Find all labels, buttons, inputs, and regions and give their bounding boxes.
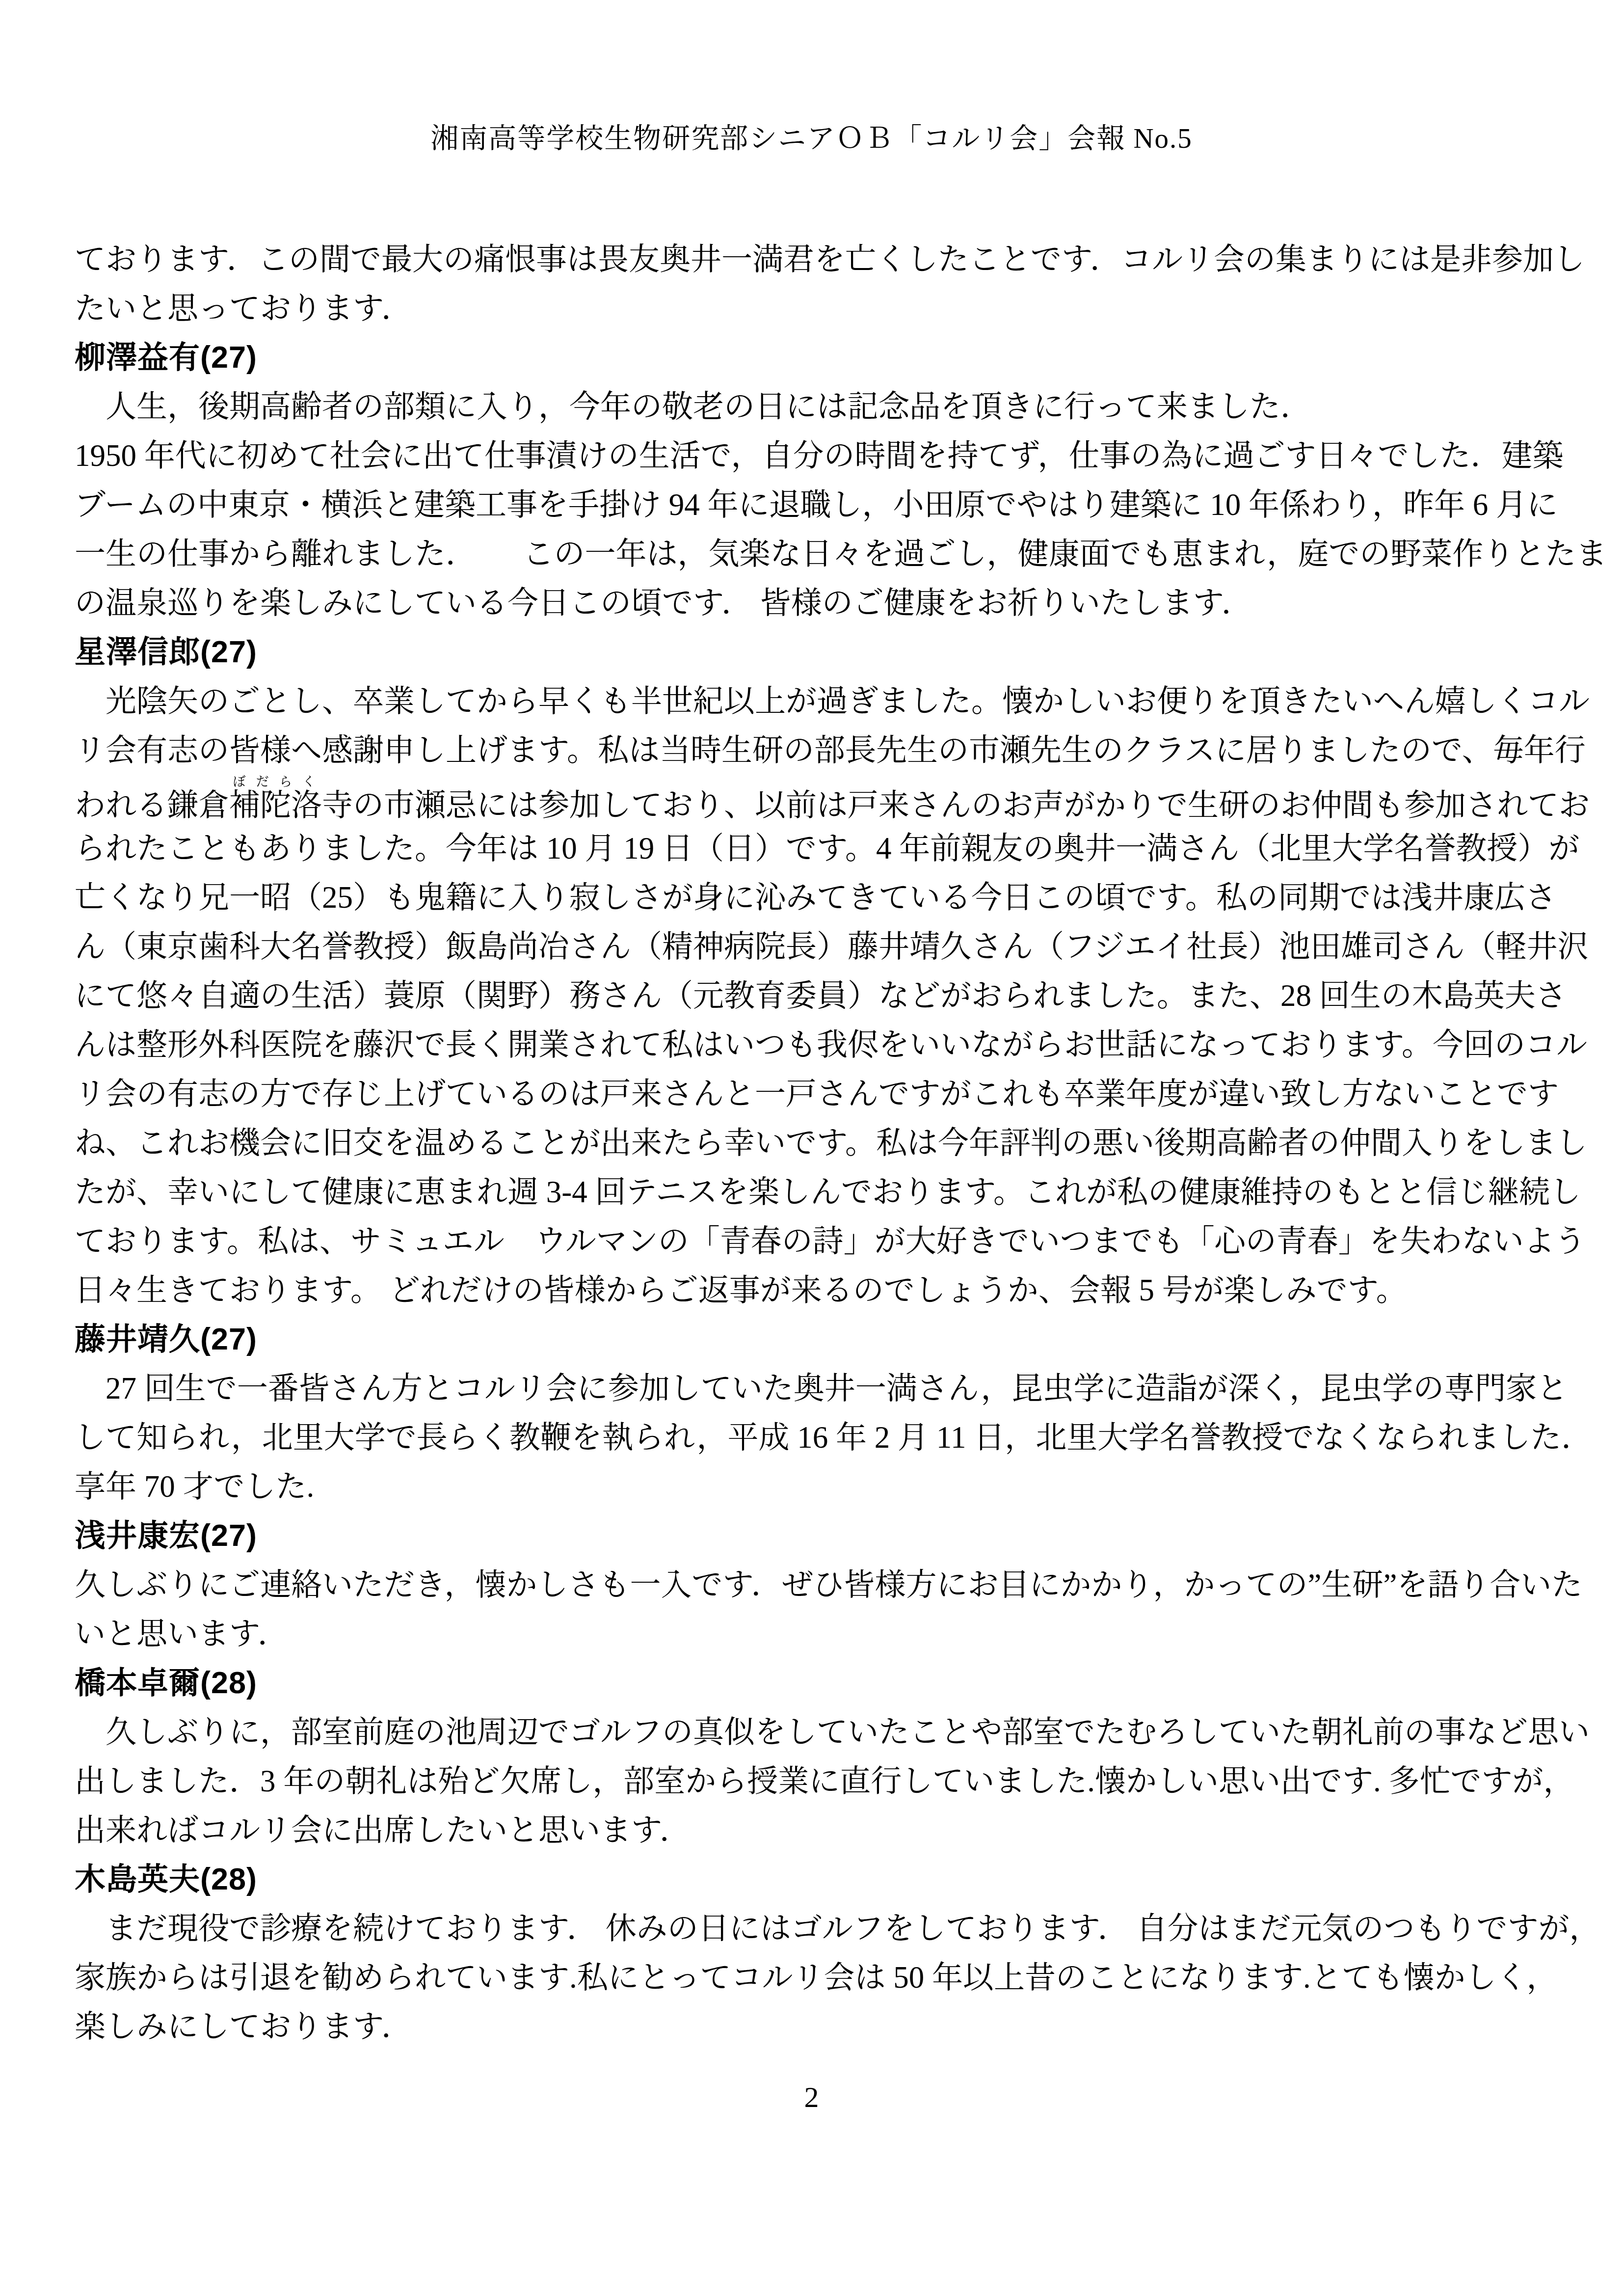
text-line: の温泉巡りを楽しみにしている今日この頃です． 皆様のご健康をお祈りいたします． — [75, 578, 1552, 627]
text-line: 光陰矢のごとし、卒業してから早くも半世紀以上が過ぎました。懐かしいお便りを頂きた… — [75, 676, 1552, 726]
text-line: たが、幸いにして健康に恵まれ週 3-4 回テニスを楽しんでおります。これが私の健… — [75, 1167, 1552, 1216]
text-line: ブームの中東京・横浜と建築工事を手掛け 94 年に退職し，小田原でやはり建築に … — [75, 480, 1552, 529]
text-line: 日々生きております。 どれだけの皆様からご返事が来るのでしょうか、会報 5 号が… — [75, 1266, 1552, 1315]
text-line: 出しました．3 年の朝礼は殆ど欠席し，部室から授業に直行していました.懐かしい思… — [75, 1756, 1552, 1806]
text-line: 1950 年代に初めて社会に出て仕事漬けの生活で，自分の時間を持てず，仕事の為に… — [75, 431, 1552, 480]
text-line: して知られ，北里大学で長らく教鞭を執られ，平成 16 年 2 月 11 日，北里… — [75, 1413, 1552, 1462]
text-line: 久しぶりにご連絡いただき，懐かしさも一入です．ぜひ皆様方にお目にかかり，かっての… — [75, 1560, 1552, 1609]
text-line: リ会有志の皆様へ感謝申し上げます。私は当時生研の部長先生の市瀬先生のクラスに居り… — [75, 726, 1552, 775]
text-line: まだ現役で診療を続けております． 休みの日にはゴルフをしております． 自分はまだ… — [75, 1904, 1552, 1953]
text-line: んは整形外科医院を藤沢で長く開業されて私はいつも我侭をいいながらお世話になってお… — [75, 1020, 1552, 1069]
text-line: 享年 70 才でした. — [75, 1462, 1552, 1511]
text-line: ね、これお機会に旧交を温めることが出来たら幸いです。私は今年評判の悪い後期高齢者… — [75, 1118, 1552, 1167]
text-line: にて悠々自適の生活）蓑原（関野）務さん（元教育委員）などがおられました。また、2… — [75, 971, 1552, 1020]
text-line-with-furigana: われる鎌倉補陀洛ぼだらく寺の市瀬忌には参加しており、以前は戸来さんのお声がかりで… — [75, 775, 1552, 824]
section-header: 柳澤益有(27) — [75, 333, 1552, 382]
text-segment: われる鎌倉 — [75, 788, 229, 822]
text-line: 久しぶりに，部室前庭の池周辺でゴルフの真似をしていたことや部室でたむろしていた朝… — [75, 1707, 1552, 1756]
section-header: 橋本卓爾(28) — [75, 1658, 1552, 1707]
text-line: たいと思っております． — [75, 284, 1552, 333]
newsletter-header: 湘南高等学校生物研究部シニアＯＢ「コルリ会」会報 No.5 — [0, 116, 1623, 156]
body-text: ております．この間で最大の痛恨事は畏友奥井一満君を亡くしたことです．コルリ会の集… — [75, 235, 1552, 2051]
section-header: 木島英夫(28) — [75, 1855, 1552, 1904]
page-number: 2 — [0, 2080, 1623, 2114]
text-line: ん（東京歯科大名誉教授）飯島尚冶さん（精神病院長）藤井靖久さん（フジエイ社長）池… — [75, 922, 1552, 971]
text-line: 楽しみにしております． — [75, 2002, 1552, 2051]
text-line: 亡くなり兄一昭（25）も鬼籍に入り寂しさが身に沁みてきている今日この頃です。私の… — [75, 873, 1552, 922]
section-header: 星澤信郎(27) — [75, 627, 1552, 676]
text-line: 一生の仕事から離れました． この一年は，気楽な日々を過ごし，健康面でも恵まれ，庭… — [75, 529, 1552, 578]
text-line: 27 回生で一番皆さん方とコルリ会に参加していた奥井一満さん，昆虫学に造詣が深く… — [75, 1364, 1552, 1413]
text-line: リ会の有志の方で存じ上げているのは戸来さんと一戸さんですがこれも卒業年度が違い致… — [75, 1069, 1552, 1118]
text-line: 人生，後期高齢者の部類に入り，今年の敬老の日には記念品を頂きに行って来ました． — [75, 382, 1552, 431]
text-line: ております．この間で最大の痛恨事は畏友奥井一満君を亡くしたことです．コルリ会の集… — [75, 235, 1552, 284]
text-line: 家族からは引退を勧められています.私にとってコルリ会は 50 年以上昔のことにな… — [75, 1953, 1552, 2002]
ruby-text: ぼだらく — [229, 775, 322, 789]
text-line: ております。私は、サミュエル ウルマンの「青春の詩」が大好きでいつまでも「心の青… — [75, 1216, 1552, 1266]
section-header: 藤井靖久(27) — [75, 1315, 1552, 1364]
text-line: 出来ればコルリ会に出席したいと思います． — [75, 1806, 1552, 1855]
ruby-base: 補陀洛 — [229, 788, 322, 822]
text-line: いと思います． — [75, 1609, 1552, 1658]
text-segment: 寺の市瀬忌には参加しており、以前は戸来さんのお声がかりで生研のお仲間も参加されて… — [322, 788, 1590, 822]
section-header: 浅井康宏(27) — [75, 1511, 1552, 1560]
text-line: られたこともありました。今年は 10 月 19 日（日）です。4 年前親友の奥井… — [75, 824, 1552, 873]
furigana-ruby: 補陀洛ぼだらく — [229, 788, 322, 822]
newsletter-page: 湘南高等学校生物研究部シニアＯＢ「コルリ会」会報 No.5 ております．この間で… — [0, 0, 1623, 2296]
